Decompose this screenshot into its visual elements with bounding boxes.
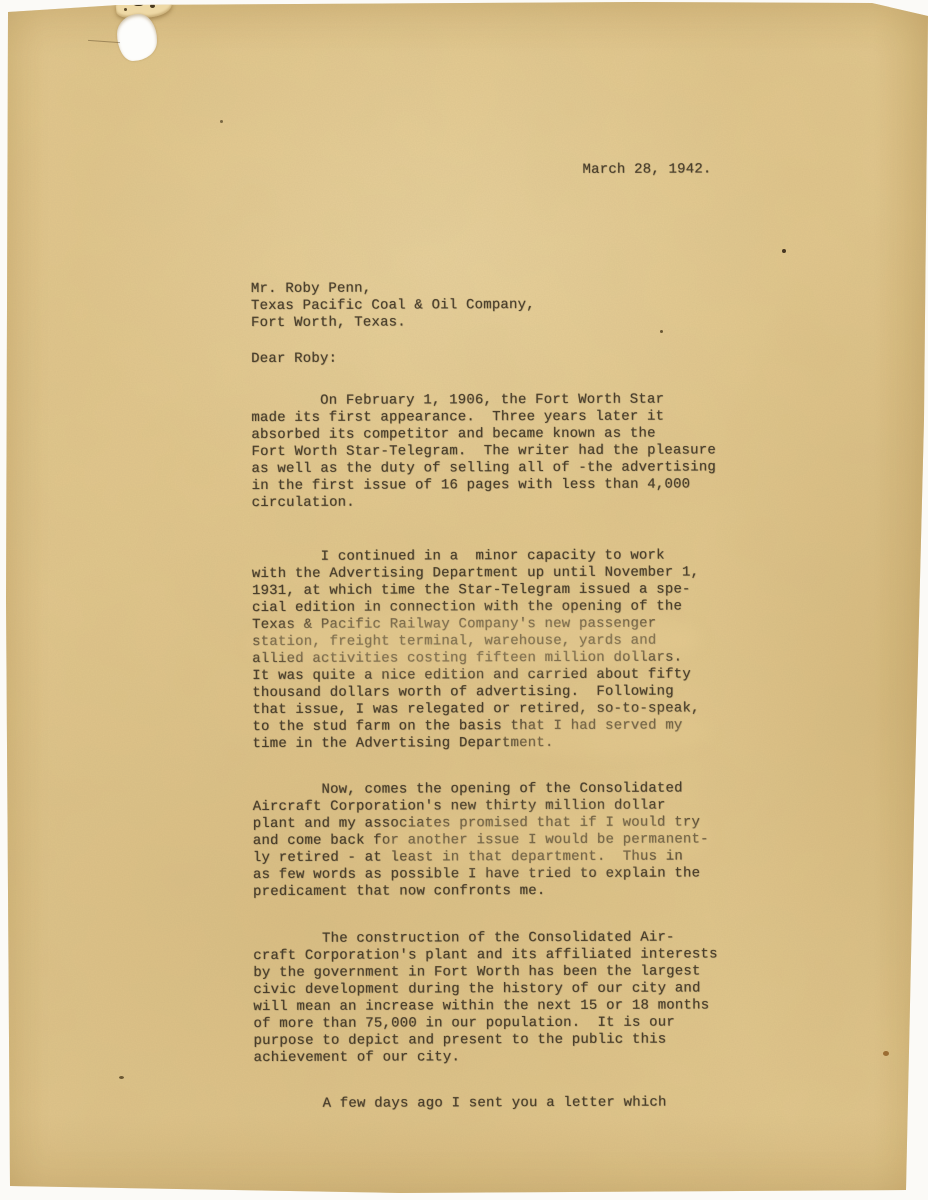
recipient-address: Mr. Roby Penn, Texas Pacific Coal & Oil …: [251, 280, 535, 332]
letter-content: March 28, 1942. Mr. Roby Penn, Texas Pac…: [0, 0, 928, 1200]
paragraph-first-issue: On February 1, 1906, the Fort Worth Star…: [251, 391, 716, 512]
salutation: Dear Roby:: [251, 351, 337, 368]
letter-paper: March 28, 1942. Mr. Roby Penn, Texas Pac…: [0, 0, 928, 1200]
paragraph-civic-development: The construction of the Consolidated Air…: [253, 929, 718, 1067]
paragraph-consolidated-aircraft: Now, comes the opening of the Consolidat…: [253, 780, 709, 901]
closing-line: A few days ago I sent you a letter which: [254, 1095, 667, 1113]
date-line: March 28, 1942.: [582, 161, 711, 178]
paper-speck: [162, 1, 166, 4]
scan-canvas: March 28, 1942. Mr. Roby Penn, Texas Pac…: [0, 0, 928, 1200]
paragraph-advertising-department: I continued in a minor capacity to work …: [252, 547, 700, 753]
